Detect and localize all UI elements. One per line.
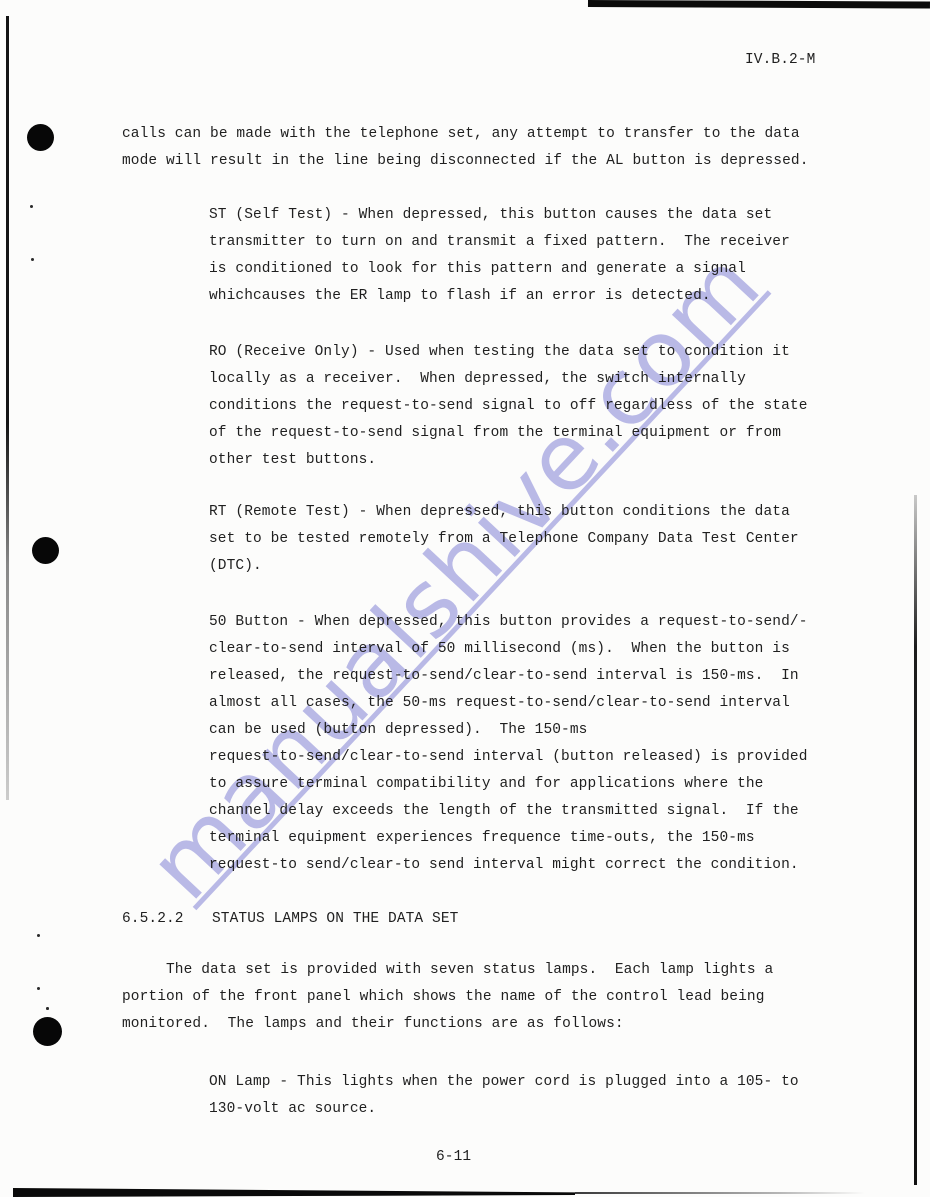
top-edge-scan-bar (588, 0, 930, 8)
section-title: STATUS LAMPS ON THE DATA SET (212, 906, 458, 933)
hole-punch-top (27, 124, 54, 151)
scan-speck (31, 258, 34, 261)
section-number: 6.5.2.2 (122, 906, 184, 933)
right-edge-scan-line (914, 495, 917, 1185)
st-self-test-paragraph: ST (Self Test) - When depressed, this bu… (209, 202, 790, 310)
ro-receive-only-paragraph: RO (Receive Only) - Used when testing th… (209, 339, 808, 474)
page-number: 6-11 (436, 1144, 471, 1171)
scan-speck (46, 1007, 49, 1010)
bottom-edge-scan-bar-tail (575, 1192, 865, 1194)
scan-speck (37, 987, 40, 990)
fifty-button-paragraph: 50 Button - When depressed, this button … (209, 609, 808, 879)
scanned-manual-page: { "colors": { "ink": "#1f1f1f", "waterma… (0, 0, 930, 1197)
rt-remote-test-paragraph: RT (Remote Test) - When depressed, this … (209, 499, 799, 580)
hole-punch-bottom (33, 1017, 62, 1046)
left-edge-scan-line (6, 16, 9, 800)
scan-speck (30, 205, 33, 208)
on-lamp-paragraph: ON Lamp - This lights when the power cor… (209, 1069, 799, 1123)
hole-punch-middle (32, 537, 59, 564)
section-heading: 6.5.2.2 STATUS LAMPS ON THE DATA SET (122, 906, 140, 933)
status-lamps-intro-paragraph: The data set is provided with seven stat… (122, 957, 773, 1038)
intro-paragraph: calls can be made with the telephone set… (122, 121, 809, 175)
bottom-edge-scan-bar (13, 1186, 575, 1197)
scan-speck (37, 934, 40, 937)
doc-reference: IV.B.2-M (745, 47, 815, 74)
